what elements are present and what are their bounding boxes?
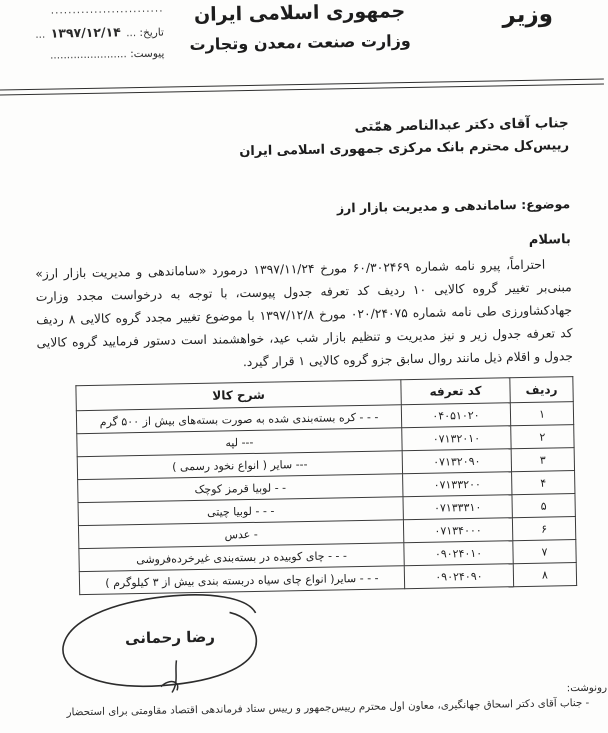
recipient-name: جناب آقای دکتر عبدالناصر همّتی (149, 115, 569, 139)
tariff-table: ردیف کد تعرفه شرح کالا ۱ ۰۴۰۵۱۰۲۰ - - - … (75, 376, 577, 595)
date-value: ۱۳۹۷/۱۲/۱۴ (48, 24, 122, 40)
row-number: ۲ (511, 425, 574, 449)
signature-name: رضا رحمانی (125, 628, 215, 648)
subject-text: ساماندهی و مدیریت بازار ارز (337, 197, 517, 215)
tariff-code: ۰۹۰۲۴۰۱۰ (404, 541, 513, 566)
letter-content: .......................... تاریخ: ... ۱۳… (0, 0, 608, 733)
tariff-code: ۰۴۰۵۱۰۲۰ (401, 403, 510, 428)
org-ministry-line: وزارت صنعت ،معدن وتجارت (165, 31, 435, 55)
row-number: ۶ (512, 517, 575, 541)
row-number: ۴ (512, 471, 575, 495)
row-number: ۳ (511, 448, 574, 472)
number-dots: .......................... (51, 3, 164, 17)
letterhead-org: جمهوری اسلامی ایران وزارت صنعت ،معدن وتج… (164, 0, 435, 54)
number-field-cutoff: .......................... (0, 3, 164, 18)
signature-block: رضا رحمانی (47, 588, 289, 702)
date-dots-left: ... (35, 29, 45, 41)
attachment-field: پیوست: ....................... (0, 48, 164, 63)
recipient-position: رییس‌کل محترم بانک مرکزی جمهوری اسلامی ا… (149, 138, 569, 161)
tariff-code: ۰۷۱۳۳۲۰۰ (403, 472, 512, 497)
date-dots-right: ... (126, 27, 136, 39)
row-number: ۸ (513, 563, 576, 587)
org-country-line: جمهوری اسلامی ایران (164, 0, 434, 27)
header-tariff-code: کد تعرفه (401, 378, 510, 405)
signature-flourish-stroke (160, 660, 177, 692)
header-divider-rule (0, 78, 604, 95)
row-number: ۱ (510, 402, 573, 426)
minister-title: وزیر (482, 1, 572, 29)
row-number: ۷ (513, 540, 576, 564)
tariff-code: ۰۷۱۳۲۰۱۰ (402, 426, 511, 451)
header-row-number: ردیف (510, 377, 573, 403)
body-paragraph: احتراماً، پیرو نامه شماره ۶۰/۳۰۲۴۶۹ مورخ… (35, 253, 573, 378)
letterhead-fields: .......................... تاریخ: ... ۱۳… (0, 3, 165, 72)
tariff-code: ۰۷۱۳۴۰۰۰ (403, 518, 512, 543)
attachment-label: پیوست: (130, 48, 164, 61)
tariff-code: ۰۹۰۲۴۰۹۰ (404, 564, 513, 589)
signature-loop-drawing: رضا رحمانی (47, 588, 289, 702)
attachment-dots: ....................... (50, 48, 127, 61)
subject-line: موضوع: ساماندهی و مدیریت بازار ارز (337, 196, 571, 215)
tariff-code: ۰۷۱۳۳۳۱۰ (403, 495, 512, 520)
date-label: تاریخ: (139, 27, 164, 39)
date-field: تاریخ: ... ۱۳۹۷/۱۲/۱۴ ... (0, 24, 164, 42)
subject-label: موضوع: (521, 196, 570, 212)
scanned-letter-page: .......................... تاریخ: ... ۱۳… (0, 0, 608, 733)
tariff-code: ۰۷۱۳۲۰۹۰ (402, 449, 511, 474)
row-number: ۵ (512, 494, 575, 518)
recipient-block: جناب آقای دکتر عبدالناصر همّتی رییس‌کل م… (149, 115, 570, 161)
salutation: باسلام (529, 232, 571, 248)
